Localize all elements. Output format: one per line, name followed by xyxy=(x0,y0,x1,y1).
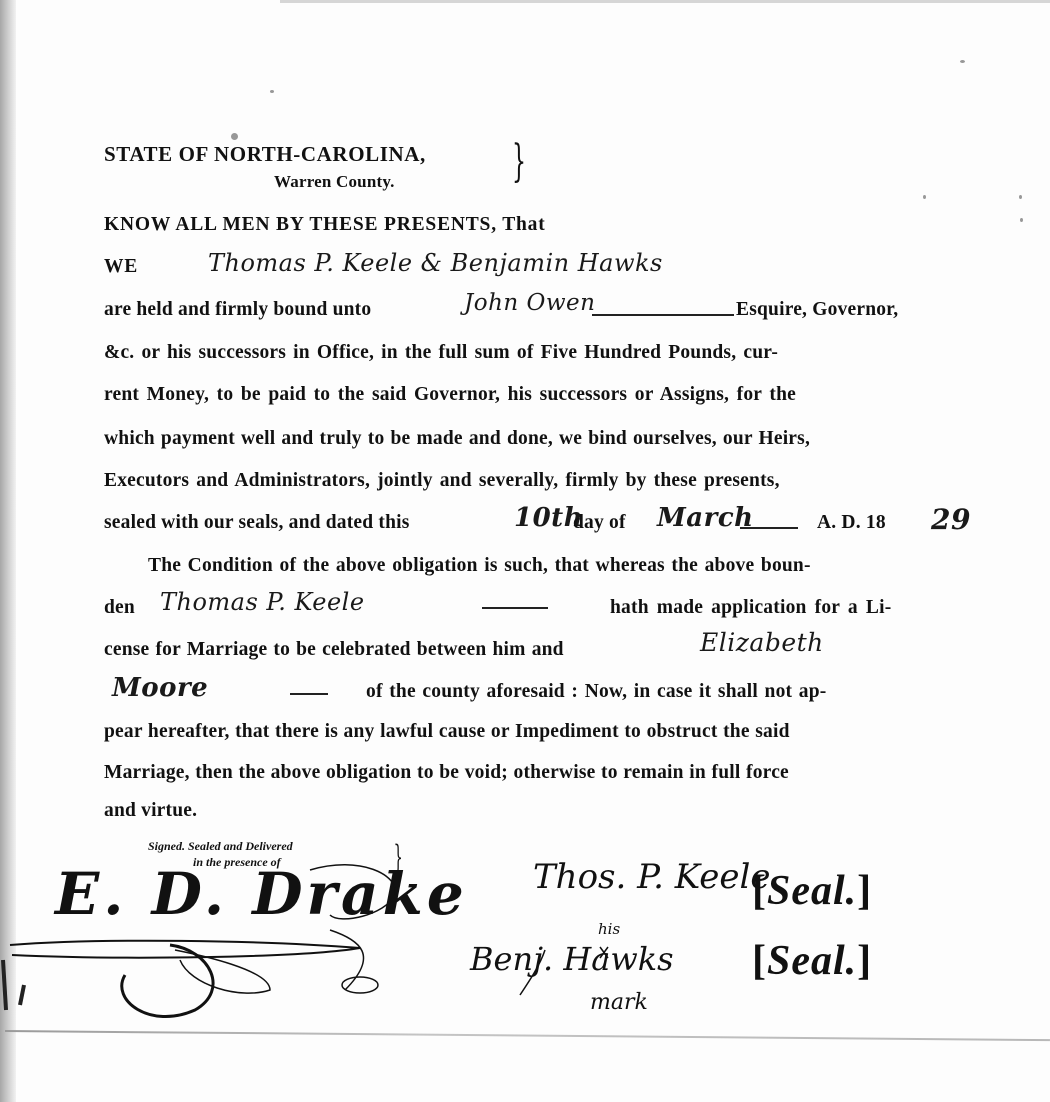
hawks-signature: Benj. Hawks xyxy=(470,940,674,978)
hawks-mark-word: mark xyxy=(590,990,648,1015)
ink-speck xyxy=(960,60,965,63)
marriage-bond-document: STATE OF NORTH-CAROLINA, Warren County. … xyxy=(0,0,1050,1102)
keele-signature: Thos. P. Keele xyxy=(533,857,770,897)
ink-speck xyxy=(1019,195,1022,199)
seal-2: [Seal.] xyxy=(752,937,872,985)
ink-speck xyxy=(1020,218,1023,222)
seal-2-close-bracket: ] xyxy=(857,938,872,984)
seal-1-open-bracket: [ xyxy=(752,868,767,914)
seal-2-open-bracket: [ xyxy=(752,938,767,984)
ink-speck xyxy=(231,133,238,140)
seal-1-close-bracket: ] xyxy=(857,868,872,914)
ink-speck xyxy=(270,90,274,93)
signature-flourish-icon xyxy=(0,0,1050,1102)
seal-1-label: Seal. xyxy=(767,868,857,914)
seal-1: [Seal.] xyxy=(752,867,872,915)
ink-speck xyxy=(923,195,926,199)
seal-2-label: Seal. xyxy=(767,938,857,984)
hawks-mark-his: his xyxy=(598,920,620,938)
